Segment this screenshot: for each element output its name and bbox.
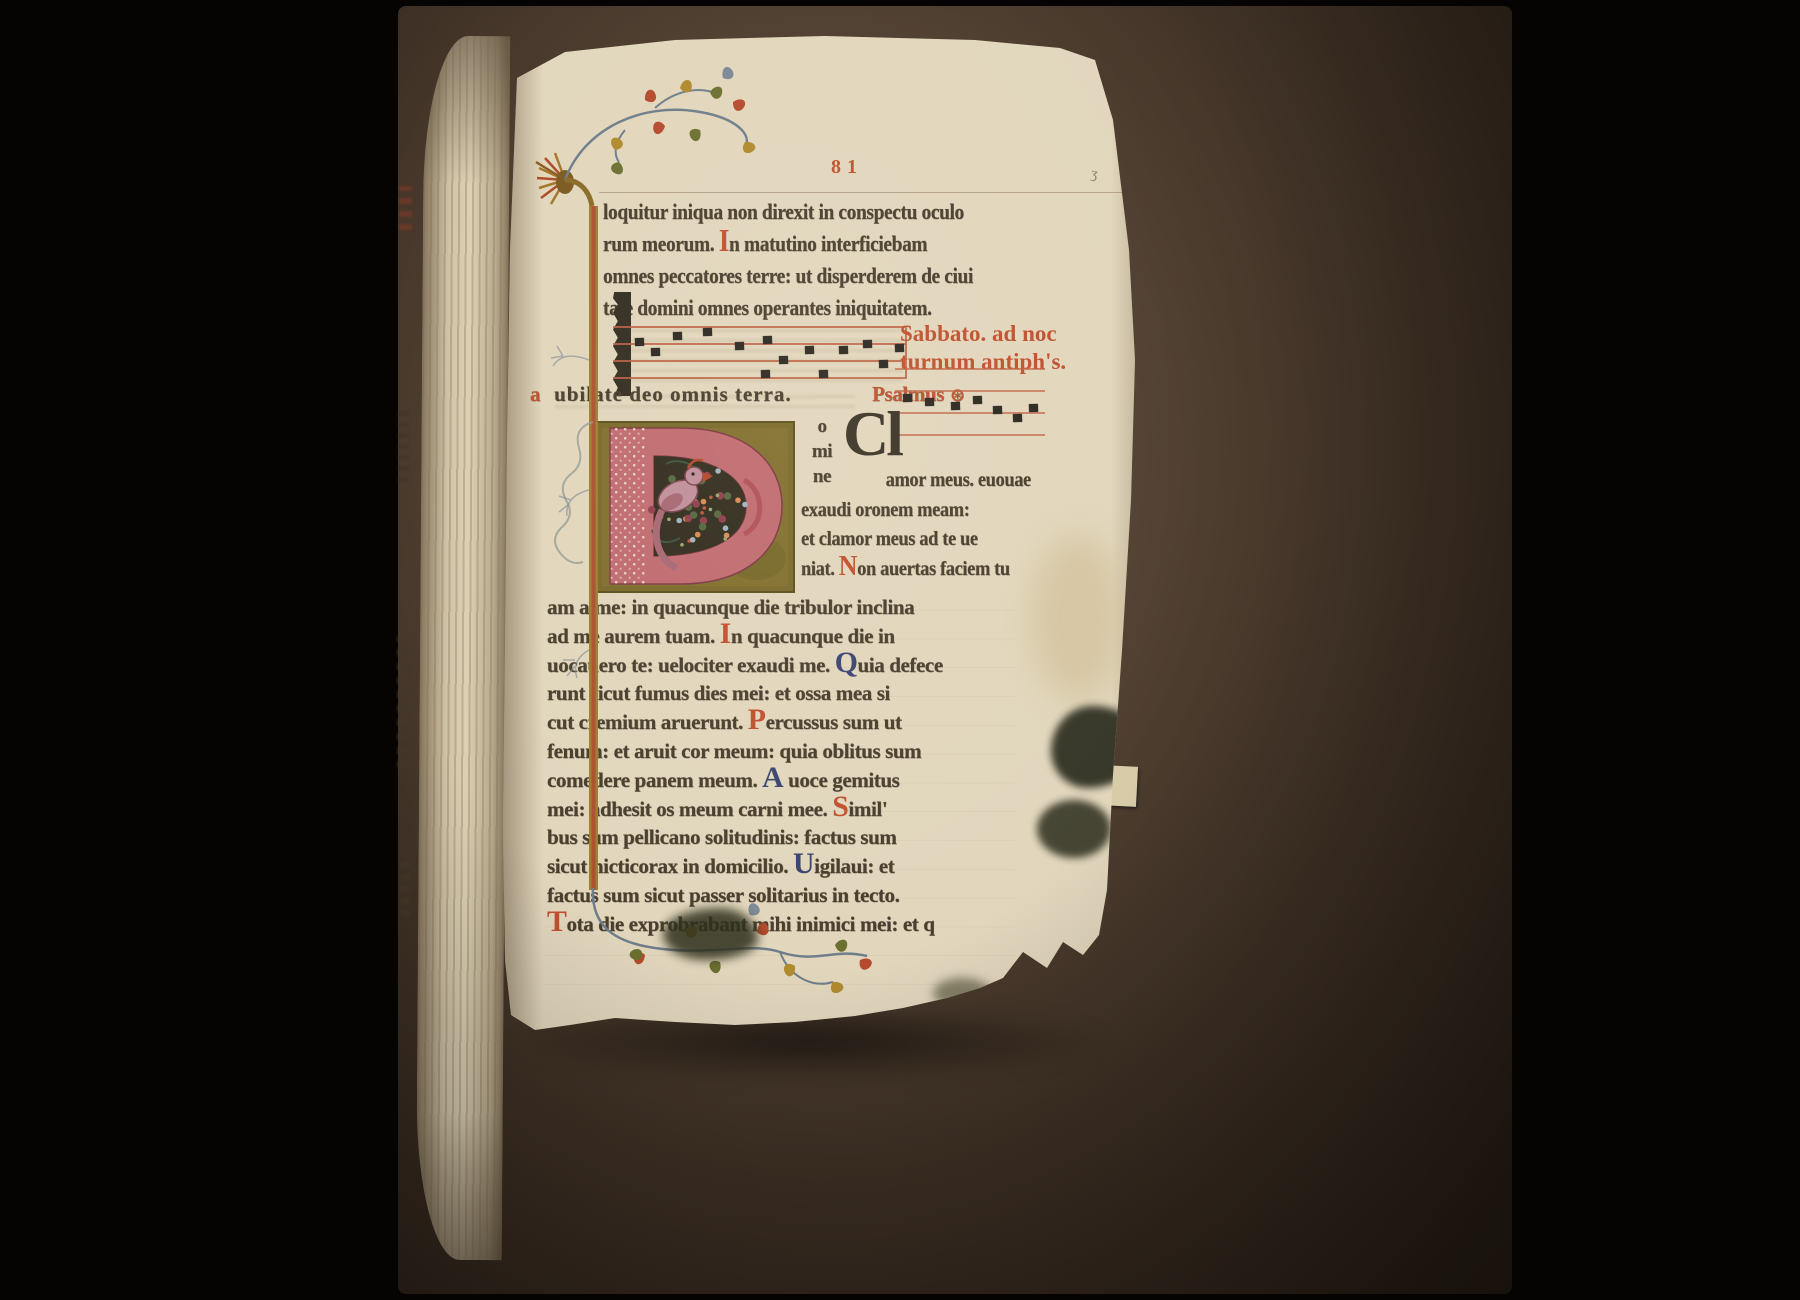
border-bar-red: [592, 206, 596, 890]
ivy-leaf-icon: [642, 88, 659, 105]
facing-page-fragment: [397, 636, 412, 768]
ivy-leaf-icon: [609, 136, 625, 152]
ivy-leaf-icon: [719, 65, 736, 82]
parchment-stain: [1037, 800, 1111, 858]
ivy-leaf-icon: [834, 938, 848, 952]
ivy-leaf-icon: [856, 955, 873, 972]
ivy-leaf-icon: [709, 85, 723, 99]
cusped-frame: [555, 422, 593, 563]
ivy-leaf-icon: [652, 120, 666, 134]
ivy-leaf-icon: [730, 96, 747, 113]
facing-page-fragment: [399, 186, 412, 230]
ivy-leaf-icon: [707, 958, 724, 975]
ivy-leaf-icon: [610, 160, 626, 176]
ivy-leaves: [609, 65, 757, 176]
top-vine-spray: [565, 90, 747, 180]
ivy-leaf-icon: [745, 901, 762, 918]
ivy-leaf-icon: [687, 126, 704, 143]
manuscript-photo: 81 ʒ loquitur iniqua non direxit in cons…: [0, 0, 1800, 1300]
parchment-stain: [663, 908, 758, 960]
book-fore-edge: [416, 36, 511, 1261]
facing-page-fragment: [400, 856, 410, 916]
border-decoration: [495, 30, 1145, 1065]
manuscript-page: 81 ʒ loquitur iniqua non direxit in cons…: [495, 30, 1145, 1065]
ivy-leaf-icon: [740, 139, 757, 156]
facing-page-fragment: [398, 408, 409, 482]
ivy-leaf-icon: [828, 979, 845, 996]
